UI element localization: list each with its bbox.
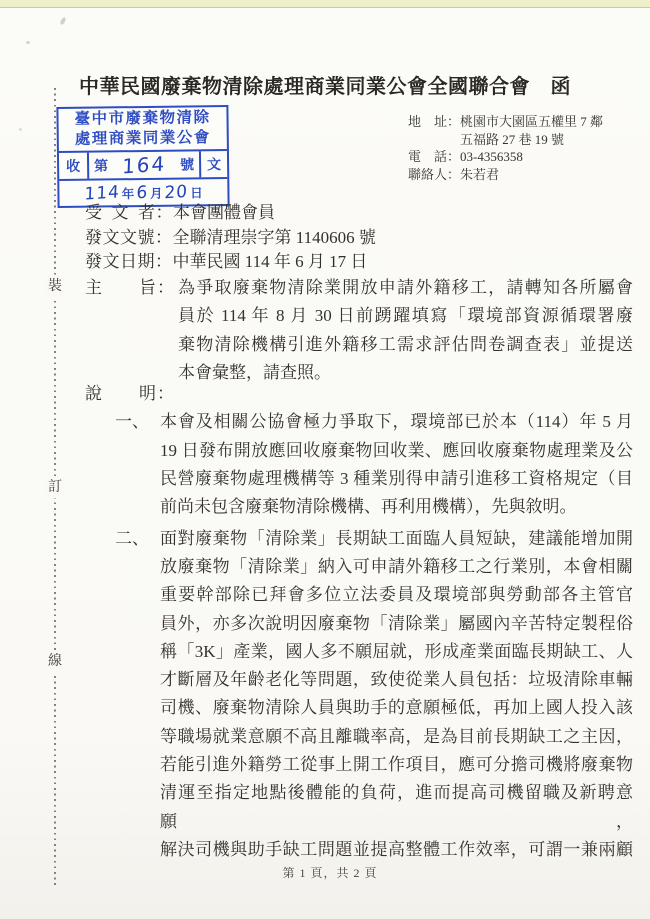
explanation-field: 說 明： <box>85 380 633 408</box>
stamp-doc-number-cell: 第 164 號 <box>89 151 199 178</box>
text-line: 稱「3K」產業，國人多不願屈就，形成產業面臨長期缺工、人 <box>160 638 633 666</box>
text-line: 等職場就業意願不高且離職率高，是為目前長期缺工之主因， <box>160 723 633 751</box>
text-line: 19 日發布開放應回收廢棄物回收業、應回收廢棄物處理業及公 <box>160 437 633 465</box>
document-title: 中華民國廢棄物清除處理商業同業公會全國聯合會 函 <box>0 70 650 99</box>
text-line: 棄物清除機構引進外籍移工需求評估問卷調查表」並提送 <box>178 331 633 359</box>
binding-mark-ding: 訂 <box>45 477 65 498</box>
text-line: 本會及相關公協會極力爭取下，環境部已於本（114）年 5 月 <box>160 408 633 436</box>
stamp-number-suffix: 號 <box>180 154 194 174</box>
contact-address-line1: 地 址：桃園市大園區五權里 7 鄰 <box>408 113 603 131</box>
contact-phone-label: 電 話： <box>408 149 460 164</box>
text-line: 放廢棄物「清除業」納入可申請外籍移工之行業別，本會相關 <box>160 553 633 581</box>
text-line: 員於 114 年 8 月 30 日前踴躍填寫「環境部資源循環署廢 <box>178 302 633 330</box>
text-line: 清運至指定地點後體能的負荷，進而提高司機留職及新聘意願， <box>160 779 633 836</box>
contact-address-value: 桃園市大園區五權里 7 鄰 <box>460 114 603 129</box>
subject-field: 主 旨： 為爭取廢棄物清除業開放申請外籍移工，請轉知各所屬會員於 114 年 8… <box>85 274 633 387</box>
sender-contact-block: 地 址：桃園市大園區五權里 7 鄰 五福路 27 巷 19 號 電 話：03-4… <box>408 113 603 183</box>
explanation-item-1: 一、 本會及相關公協會極力爭取下，環境部已於本（114）年 5 月19 日發布開… <box>85 408 633 521</box>
doc-number-value: 全聯清理崇字第 1140606 號 <box>173 228 376 247</box>
letter-meta-block: 受 文 者：本會團體會員 發文文號：全聯清理崇字第 1140606 號 發文日期… <box>85 201 376 275</box>
binding-mark-xian: 線 <box>45 651 65 672</box>
explanation-items: 一、 本會及相關公協會極力爭取下，環境部已於本（114）年 5 月19 日發布開… <box>85 408 633 864</box>
recipient-value: 本會團體會員 <box>173 203 275 222</box>
page-number-footer: 第 1 頁，共 2 頁 <box>0 864 650 881</box>
doc-number-label: 發文文號： <box>85 228 173 247</box>
stamp-number-handwritten: 164 <box>122 152 167 179</box>
subject-text: 為爭取廢棄物清除業開放申請外籍移工，請轉知各所屬會員於 114 年 8 月 30… <box>178 274 633 387</box>
stamp-org-line2: 處理商業同業公會 <box>75 129 211 148</box>
item-2-text: 面對廢棄物「清除業」長期缺工面臨人員短缺，建議能增加開放廢棄物「清除業」納入可申… <box>160 525 633 865</box>
stamp-doc-type-label: 文 <box>199 151 227 177</box>
contact-address2-value: 五福路 27 巷 19 號 <box>460 132 564 147</box>
contact-phone-value: 03-4356358 <box>460 149 523 164</box>
receipt-stamp: 臺中市廢棄物清除處理商業同業公會 收 第 164 號 文 114 年 6 月 2… <box>56 105 229 208</box>
binding-mark-zhuang: 裝 <box>45 276 65 297</box>
text-line: 前尚未包含廢棄物清除機構、再利用機構），先與敘明。 <box>160 493 633 521</box>
stamp-day-unit: 日 <box>190 183 203 201</box>
contact-address-label: 地 址： <box>408 114 460 129</box>
explanation-item-2: 二、 面對廢棄物「清除業」長期缺工面臨人員短缺，建議能增加開放廢棄物「清除業」納… <box>85 525 633 865</box>
scan-speckle <box>19 128 22 131</box>
scanned-letter-page: { "title": "中華民國廢棄物清除處理商業同業公會全國聯合會\u3000… <box>0 0 650 919</box>
text-line: 司機、廢棄物清除人員與助手的意願極低，再加上國人投入該 <box>160 694 633 722</box>
stamp-month-unit: 月 <box>150 183 163 201</box>
scan-edge-strip <box>0 0 650 8</box>
recipient-row: 受 文 者：本會團體會員 <box>85 201 376 226</box>
subject-label: 主 旨： <box>85 274 175 302</box>
stamp-receive-label: 收 <box>59 153 89 179</box>
text-line: 重要幹部除已拜會多位立法委員及環境部與勞動部各主管官 <box>160 581 633 609</box>
text-line: 員外，亦多次說明因廢棄物「清除業」屬國內辛苦特定製程俗 <box>160 610 633 638</box>
text-line: 才斷層及年齡老化等問題，致使從業人員包括：垃圾清除車輛 <box>160 666 633 694</box>
stamp-month-handwritten: 6 <box>136 182 149 203</box>
text-line: 民營廢棄物處理機構等 3 種業別得申請引進移工資格規定（目 <box>160 465 633 493</box>
stamp-day-handwritten: 20 <box>164 181 188 203</box>
stamp-year-unit: 年 <box>122 184 135 202</box>
explanation-label: 說 明： <box>85 380 175 408</box>
text-line: 面對廢棄物「清除業」長期缺工面臨人員短缺，建議能增加開 <box>160 525 633 553</box>
contact-person-line: 聯絡人：朱若君 <box>408 166 603 184</box>
scan-speckle <box>59 17 66 26</box>
contact-person-value: 朱若君 <box>460 167 499 182</box>
stamp-number-row: 收 第 164 號 文 <box>59 151 227 181</box>
recipient-label: 受 文 者： <box>85 203 173 222</box>
stamp-number-prefix: 第 <box>94 155 108 175</box>
doc-number-row: 發文文號：全聯清理崇字第 1140606 號 <box>85 226 376 251</box>
contact-address-line2: 五福路 27 巷 19 號 <box>408 131 603 149</box>
doc-date-label: 發文日期： <box>85 252 173 271</box>
doc-date-value: 中華民國 114 年 6 月 17 日 <box>173 252 368 271</box>
scan-speckle <box>26 41 30 44</box>
text-line: 若能引進外籍勞工從事上開工作項目，應可分擔司機將廢棄物 <box>160 751 633 779</box>
item-2-marker: 二、 <box>115 525 149 553</box>
stamp-org-line1: 臺中市廢棄物清除 <box>74 109 210 128</box>
doc-date-row: 發文日期：中華民國 114 年 6 月 17 日 <box>85 250 376 275</box>
contact-person-label: 聯絡人： <box>408 167 460 182</box>
text-line: 為爭取廢棄物清除業開放申請外籍移工，請轉知各所屬會 <box>178 274 633 302</box>
letter-body: 主 旨： 為爭取廢棄物清除業開放申請外籍移工，請轉知各所屬會員於 114 年 8… <box>85 274 633 864</box>
contact-phone-line: 電 話：03-4356358 <box>408 148 603 166</box>
item-1-marker: 一、 <box>115 408 149 436</box>
text-line: 解決司機與助手缺工問題並提高整體工作效率，可謂一兼兩顧 <box>160 836 633 864</box>
item-1-text: 本會及相關公協會極力爭取下，環境部已於本（114）年 5 月19 日發布開放應回… <box>160 408 633 521</box>
stamp-organization: 臺中市廢棄物清除處理商業同業公會 <box>58 107 227 153</box>
